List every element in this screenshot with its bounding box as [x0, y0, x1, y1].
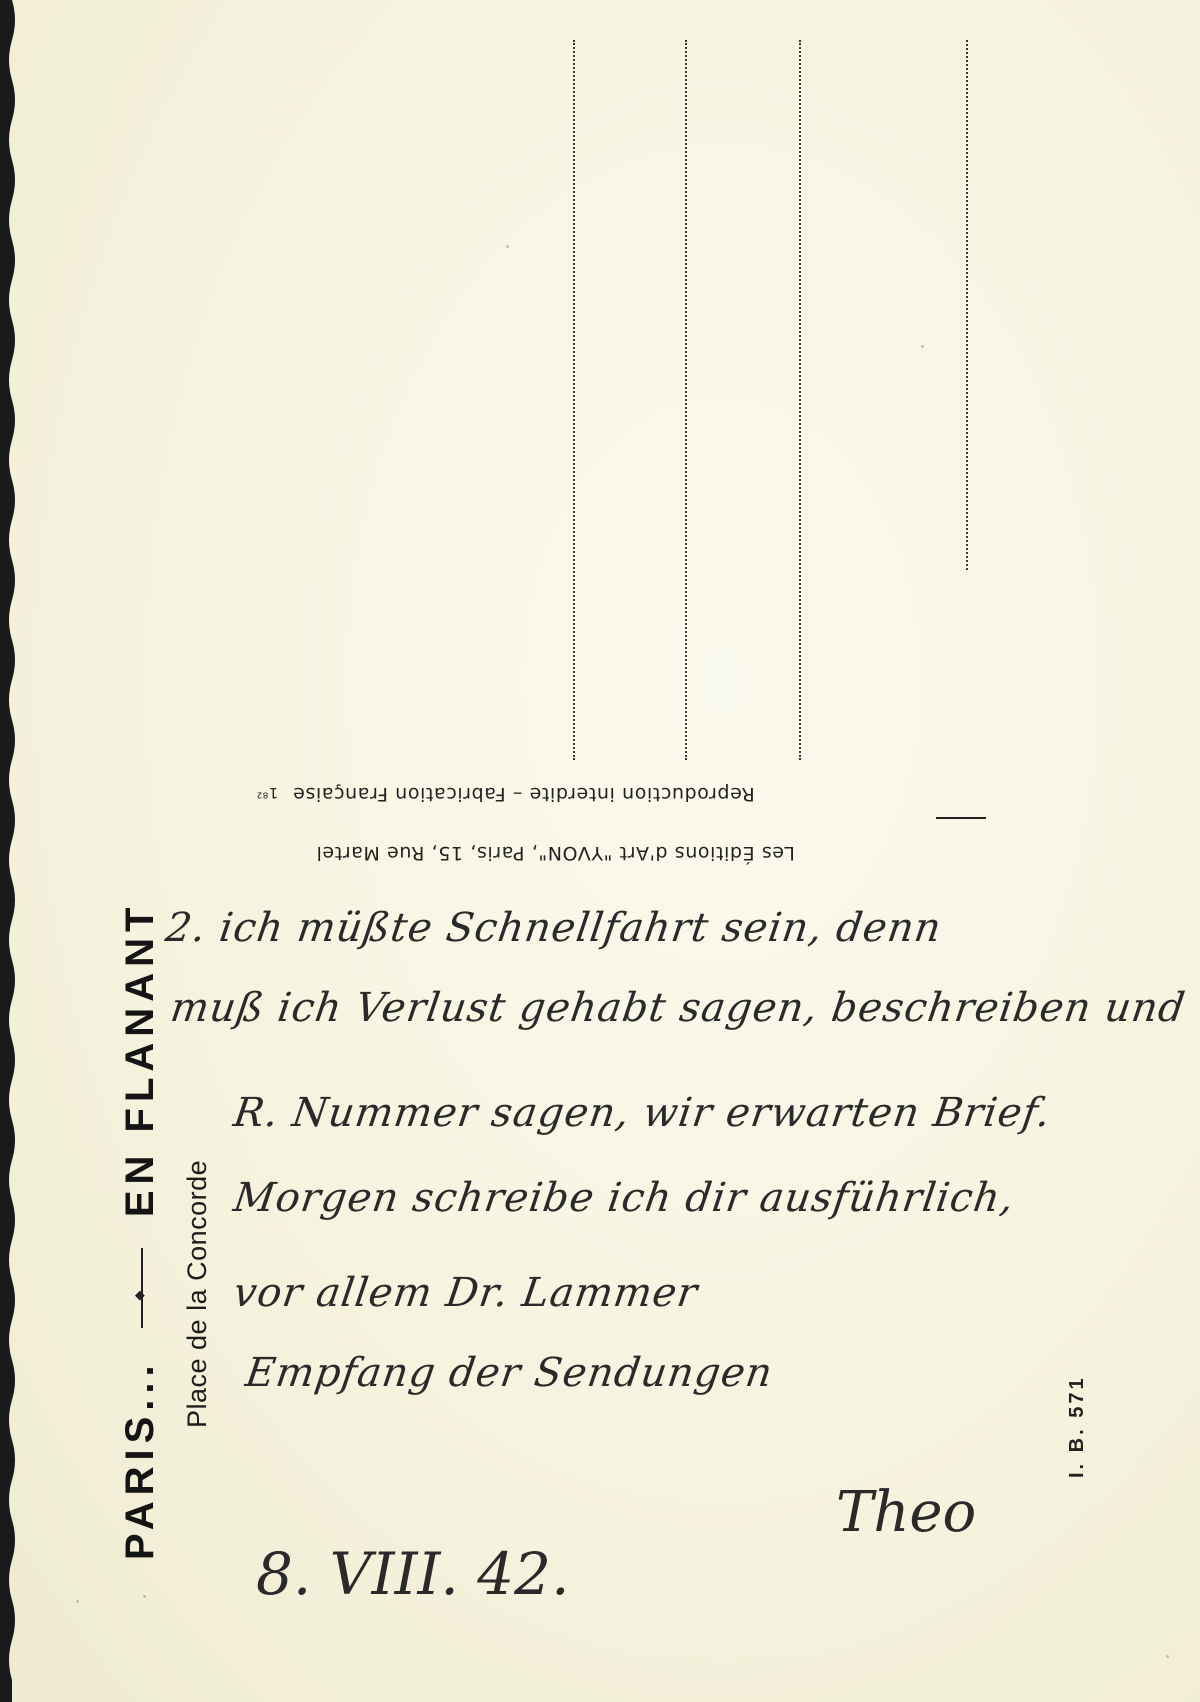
postcard-back: Reproduction interdite – Fabrication Fra…	[6, 0, 1200, 1702]
handwritten-line-6: Empfang der Sendungen	[243, 1350, 776, 1396]
title-en-flanant: EN FLANANT	[118, 902, 162, 1218]
paper-speck	[506, 245, 509, 248]
handwritten-line-4: Morgen schreibe ich dir ausführlich,	[231, 1175, 1018, 1221]
ornament-rule	[141, 1248, 143, 1328]
address-line-3	[799, 40, 801, 760]
reproduction-line: Reproduction interdite – Fabrication Fra…	[256, 783, 755, 805]
handwritten-line-5: vor allem Dr. Lammer	[231, 1270, 701, 1316]
address-line-1	[573, 40, 575, 760]
handwritten-line-2: muß ich Verlust gehabt sagen, beschreibe…	[168, 985, 1189, 1031]
paper-speck	[76, 1600, 79, 1603]
handwritten-line-3: R. Nummer sagen, wir erwarten Brief.	[231, 1090, 1054, 1136]
deckle-edge	[6, 0, 20, 1702]
reproduction-text: Reproduction interdite – Fabrication Fra…	[293, 783, 755, 805]
paper-speck	[143, 1595, 146, 1598]
publisher-rule	[936, 817, 986, 819]
handwritten-line-1: 2. ich müßte Schnellfahrt sein, denn	[163, 905, 945, 951]
handwritten-date: 8. VIII. 42.	[256, 1540, 570, 1608]
address-line-4	[966, 40, 968, 570]
handwritten-signature: Theo	[836, 1480, 976, 1545]
catalog-code: I. B. 571	[1066, 1375, 1089, 1478]
address-line-2	[685, 40, 687, 760]
paper-speck	[921, 345, 924, 348]
reproduction-number: 1⁸²	[256, 784, 278, 800]
card-title: PARIS... EN FLANANT	[118, 902, 163, 1560]
title-paris: PARIS...	[118, 1359, 162, 1560]
publisher-line: Les Éditions d'Art "YVON", Paris, 15, Ru…	[316, 842, 795, 864]
paper-speck	[1166, 1655, 1169, 1658]
card-subtitle: Place de la Concorde	[182, 1160, 213, 1428]
